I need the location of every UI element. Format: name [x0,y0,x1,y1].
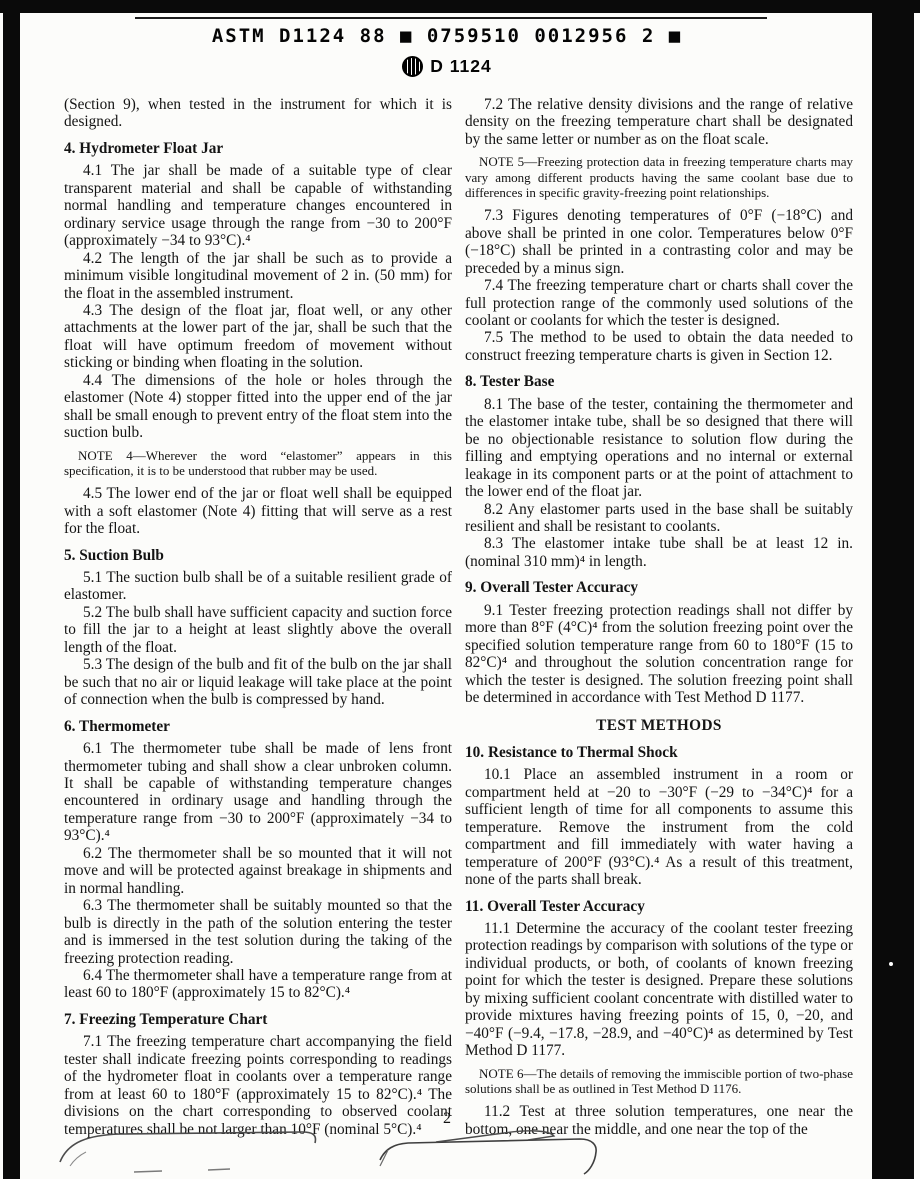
astm-logo-icon [402,56,423,77]
scan-artifact-left [50,1122,350,1178]
paragraph: 7.5 The method to be used to obtain the … [465,329,853,364]
paragraph: 7.3 Figures denoting temperatures of 0°F… [465,207,853,277]
paragraph: 4.4 The dimensions of the hole or holes … [64,372,452,442]
paragraph: 8.2 Any elastomer parts used in the base… [465,501,853,536]
scan-edge-top [0,0,920,13]
section-heading: 7. Freezing Temperature Chart [64,1011,452,1028]
note-paragraph: NOTE 5—Freezing protection data in freez… [465,154,853,200]
paragraph: 6.2 The thermometer shall be so mounted … [64,845,452,897]
document-code: D 1124 [430,56,491,77]
paragraph: 10.1 Place an assembled instrument in a … [465,766,853,888]
paragraph: 4.1 The jar shall be made of a suitable … [64,162,452,249]
paragraph: 11.1 Determine the accuracy of the coola… [465,920,853,1060]
part-heading: TEST METHODS [465,717,853,734]
paragraph: 8.3 The elastomer intake tube shall be a… [465,535,853,570]
paragraph: 6.1 The thermometer tube shall be made o… [64,740,452,845]
paragraph: 6.4 The thermometer shall have a tempera… [64,967,452,1002]
paragraph: 4.3 The design of the float jar, float w… [64,302,452,372]
paragraph: 5.2 The bulb shall have sufficient capac… [64,604,452,656]
scan-artifact-center [378,1118,668,1178]
paragraph: 4.2 The length of the jar shall be such … [64,250,452,302]
section-heading: 5. Suction Bulb [64,547,452,564]
ocr-header-line: ASTM D1124 88 ■ 0759510 0012956 2 ■ [0,25,894,47]
paragraph: 9.1 Tester freezing protection readings … [465,602,853,707]
section-heading: 11. Overall Tester Accuracy [465,898,853,915]
right-column: 7.2 The relative density divisions and t… [465,96,853,1138]
paragraph: 6.3 The thermometer shall be suitably mo… [64,897,452,967]
note-paragraph: NOTE 4—Wherever the word “elastomer” app… [64,448,452,479]
section-heading: 9. Overall Tester Accuracy [465,579,853,596]
scan-speck [889,962,893,966]
scan-edge-right [872,0,914,1179]
paragraph: 7.4 The freezing temperature chart or ch… [465,277,853,329]
document-body: (Section 9), when tested in the instrume… [64,96,853,1138]
section-heading: 8. Tester Base [465,373,853,390]
note-paragraph: NOTE 6—The details of removing the immis… [465,1066,853,1097]
paragraph: 5.1 The suction bulb shall be of a suita… [64,569,452,604]
section-heading: 4. Hydrometer Float Jar [64,140,452,157]
paragraph: 7.2 The relative density divisions and t… [465,96,853,148]
header-rule [135,17,767,19]
scan-edge-left [3,0,20,1179]
document-header: D 1124 [0,56,894,82]
paragraph: (Section 9), when tested in the instrume… [64,96,452,131]
paragraph: 5.3 The design of the bulb and fit of th… [64,656,452,708]
section-heading: 6. Thermometer [64,718,452,735]
section-heading: 10. Resistance to Thermal Shock [465,744,853,761]
paragraph: 8.1 The base of the tester, containing t… [465,396,853,501]
paragraph: 4.5 The lower end of the jar or float we… [64,485,452,537]
left-column: (Section 9), when tested in the instrume… [64,96,452,1138]
